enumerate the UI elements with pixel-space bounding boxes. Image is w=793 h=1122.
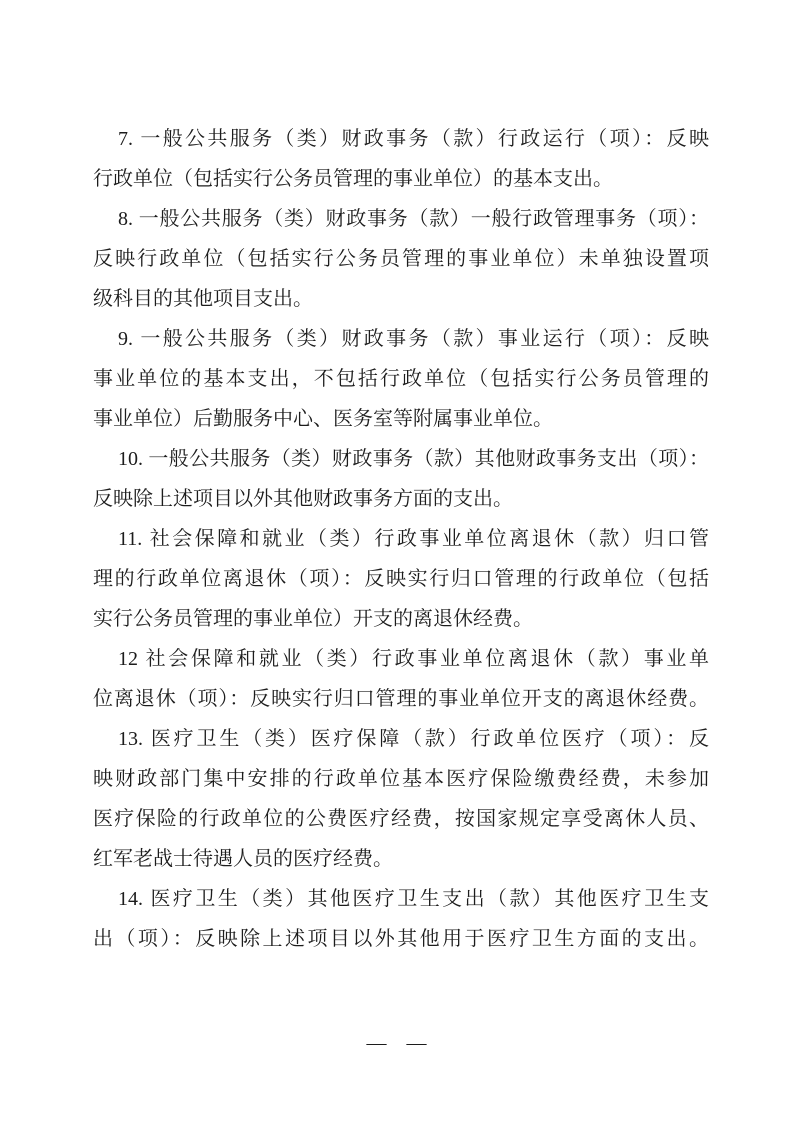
text-line: 位离退休（项）：反映实行归口管理的事业单位开支的离退休经费。 [93, 679, 709, 719]
paragraph-13: 13. 医疗卫生（类）医疗保障（款）行政单位医疗（项）：反映财政部门集中安排的行… [93, 719, 709, 879]
paragraph-14: 14. 医疗卫生（类）其他医疗卫生支出（款）其他医疗卫生支出（项）：反映除上述项… [93, 879, 709, 959]
text-line: 9. 一般公共服务（类）财政事务（款）事业运行（项）：反映 [93, 319, 709, 359]
text-line: 理的行政单位离退休（项）：反映实行归口管理的行政单位（包括 [93, 559, 709, 599]
document-body: 7. 一般公共服务（类）财政事务（款）行政运行（项）：反映行政单位（包括实行公务… [93, 119, 709, 959]
text-line: 实行公务员管理的事业单位）开支的离退休经费。 [93, 599, 709, 639]
text-line: 出（项）：反映除上述项目以外其他用于医疗卫生方面的支出。 [93, 919, 709, 959]
paragraph-10: 10. 一般公共服务（类）财政事务（款）其他财政事务支出（项）：反映除上述项目以… [93, 439, 709, 519]
text-line: 红军老战士待遇人员的医疗经费。 [93, 839, 709, 879]
text-line: 映财政部门集中安排的行政单位基本医疗保险缴费经费，未参加 [93, 759, 709, 799]
text-line: 11. 社会保障和就业（类）行政事业单位离退休（款）归口管 [93, 519, 709, 559]
page-number-marker: — — [0, 1023, 793, 1063]
text-line: 事业单位）后勤服务中心、医务室等附属事业单位。 [93, 399, 709, 439]
text-line: 13. 医疗卫生（类）医疗保障（款）行政单位医疗（项）：反 [93, 719, 709, 759]
text-line: 行政单位（包括实行公务员管理的事业单位）的基本支出。 [93, 159, 709, 199]
paragraph-7: 7. 一般公共服务（类）财政事务（款）行政运行（项）：反映行政单位（包括实行公务… [93, 119, 709, 199]
document-page: 7. 一般公共服务（类）财政事务（款）行政运行（项）：反映行政单位（包括实行公务… [0, 0, 793, 1122]
text-line: 级科目的其他项目支出。 [93, 279, 709, 319]
text-line: 7. 一般公共服务（类）财政事务（款）行政运行（项）：反映 [93, 119, 709, 159]
text-line: 反映行政单位（包括实行公务员管理的事业单位）未单独设置项 [93, 239, 709, 279]
text-line: 8. 一般公共服务（类）财政事务（款）一般行政管理事务（项）： [93, 199, 709, 239]
paragraph-11: 11. 社会保障和就业（类）行政事业单位离退休（款）归口管理的行政单位离退休（项… [93, 519, 709, 639]
paragraph-8: 8. 一般公共服务（类）财政事务（款）一般行政管理事务（项）：反映行政单位（包括… [93, 199, 709, 319]
paragraph-9: 9. 一般公共服务（类）财政事务（款）事业运行（项）：反映事业单位的基本支出，不… [93, 319, 709, 439]
text-line: 反映除上述项目以外其他财政事务方面的支出。 [93, 479, 709, 519]
text-line: 事业单位的基本支出，不包括行政单位（包括实行公务员管理的 [93, 359, 709, 399]
text-line: 医疗保险的行政单位的公费医疗经费，按国家规定享受离休人员、 [93, 799, 709, 839]
text-line: 14. 医疗卫生（类）其他医疗卫生支出（款）其他医疗卫生支 [93, 879, 709, 919]
text-line: 10. 一般公共服务（类）财政事务（款）其他财政事务支出（项）： [93, 439, 709, 479]
paragraph-12: 12 社会保障和就业（类）行政事业单位离退休（款）事业单位离退休（项）：反映实行… [93, 639, 709, 719]
text-line: 12 社会保障和就业（类）行政事业单位离退休（款）事业单 [93, 639, 709, 679]
